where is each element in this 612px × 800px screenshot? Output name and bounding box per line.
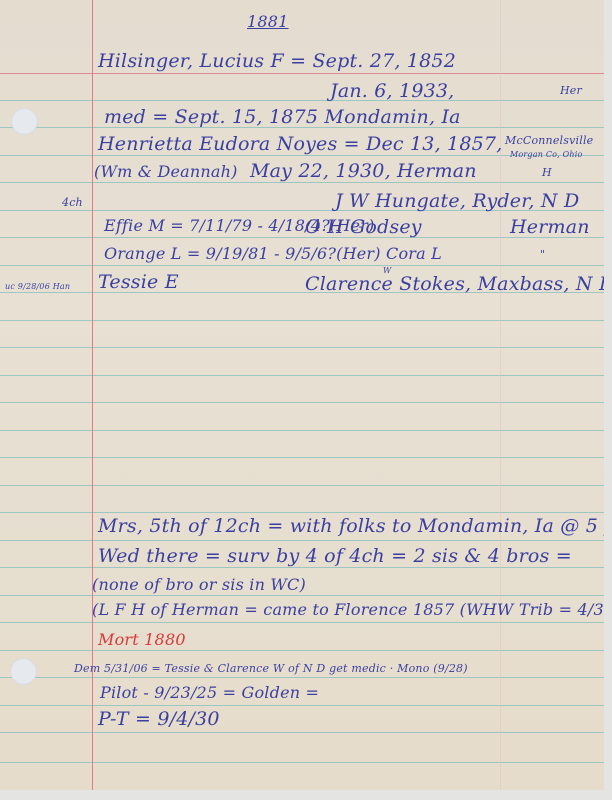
note-line-6: Pilot - 9/23/25 = Golden = bbox=[100, 683, 319, 702]
spouse-birth-line: Henrietta Eudora Noyes = Dec 13, 1857, bbox=[98, 133, 502, 155]
child4-spouse: Clarence Stokes, Maxbass, N D bbox=[305, 273, 604, 295]
ruled-line bbox=[0, 430, 604, 431]
name-birth-line: Hilsinger, Lucius F = Sept. 27, 1852 bbox=[98, 50, 456, 72]
year-heading: 1881 bbox=[247, 12, 289, 31]
punch-hole-top bbox=[11, 108, 38, 135]
child3-line: Orange L = 9/19/81 - 9/5/6?(Her) Cora L bbox=[104, 244, 442, 263]
ruled-line bbox=[0, 595, 604, 596]
ruled-line bbox=[0, 375, 604, 376]
top-margin-line bbox=[0, 73, 604, 74]
ruled-line bbox=[0, 762, 604, 763]
child1-spouse: J W Hungate, Ryder, N D bbox=[335, 190, 579, 212]
right-margin-line bbox=[500, 0, 501, 790]
note-line-1: Mrs, 5th of 12ch = with folks to Mondami… bbox=[98, 515, 604, 537]
death-line: Jan. 6, 1933, bbox=[330, 80, 454, 102]
ruled-line bbox=[0, 622, 604, 623]
ruled-line bbox=[0, 540, 604, 541]
ruled-line bbox=[0, 457, 604, 458]
ruled-line bbox=[0, 182, 604, 183]
note-line-3: (none of bro or sis in WC) bbox=[92, 575, 306, 594]
child4-margin-note: uc 9/28/06 Han bbox=[5, 282, 70, 291]
ruled-line bbox=[0, 705, 604, 706]
spouse-death-note: H bbox=[542, 166, 552, 179]
child2-spouse: O H Godsey bbox=[305, 216, 422, 238]
note-line-4: (L F H of Herman = came to Florence 1857… bbox=[92, 600, 604, 619]
ruled-line bbox=[0, 485, 604, 486]
ruled-line bbox=[0, 512, 604, 513]
notebook-page: 1881 Hilsinger, Lucius F = Sept. 27, 185… bbox=[0, 0, 604, 790]
spouse-county: Morgan Co, Ohio bbox=[510, 150, 583, 159]
ruled-line bbox=[0, 347, 604, 348]
note-line-2: Wed there = surv by 4 of 4ch = 2 sis & 4… bbox=[98, 545, 572, 567]
child2-place: Herman bbox=[510, 216, 590, 238]
children-count-margin-note: 4ch bbox=[62, 196, 83, 209]
ruled-line bbox=[0, 265, 604, 266]
note-line-7: P-T = 9/4/30 bbox=[98, 708, 220, 730]
ruled-line bbox=[0, 100, 604, 101]
ruled-line bbox=[0, 650, 604, 651]
ruled-line bbox=[0, 567, 604, 568]
ruled-line bbox=[0, 402, 604, 403]
death-place-note: Her bbox=[560, 84, 582, 97]
punch-hole-bottom bbox=[10, 658, 37, 685]
child3-place-ditto: " bbox=[540, 248, 545, 261]
child4-name: Tessie E bbox=[98, 271, 179, 293]
census-label: Mort 1880 bbox=[98, 630, 186, 649]
ruled-line bbox=[0, 732, 604, 733]
spouse-birthplace: McConnelsville bbox=[505, 134, 593, 147]
parents-line: (Wm & Deannah) bbox=[94, 162, 238, 181]
ruled-line bbox=[0, 320, 604, 321]
spouse-death-line: May 22, 1930, Herman bbox=[250, 160, 477, 182]
note-line-5: Dem 5/31/06 = Tessie & Clarence W of N D… bbox=[74, 662, 468, 675]
ruled-line bbox=[0, 677, 604, 678]
marriage-line: med = Sept. 15, 1875 Mondamin, Ia bbox=[104, 106, 461, 128]
